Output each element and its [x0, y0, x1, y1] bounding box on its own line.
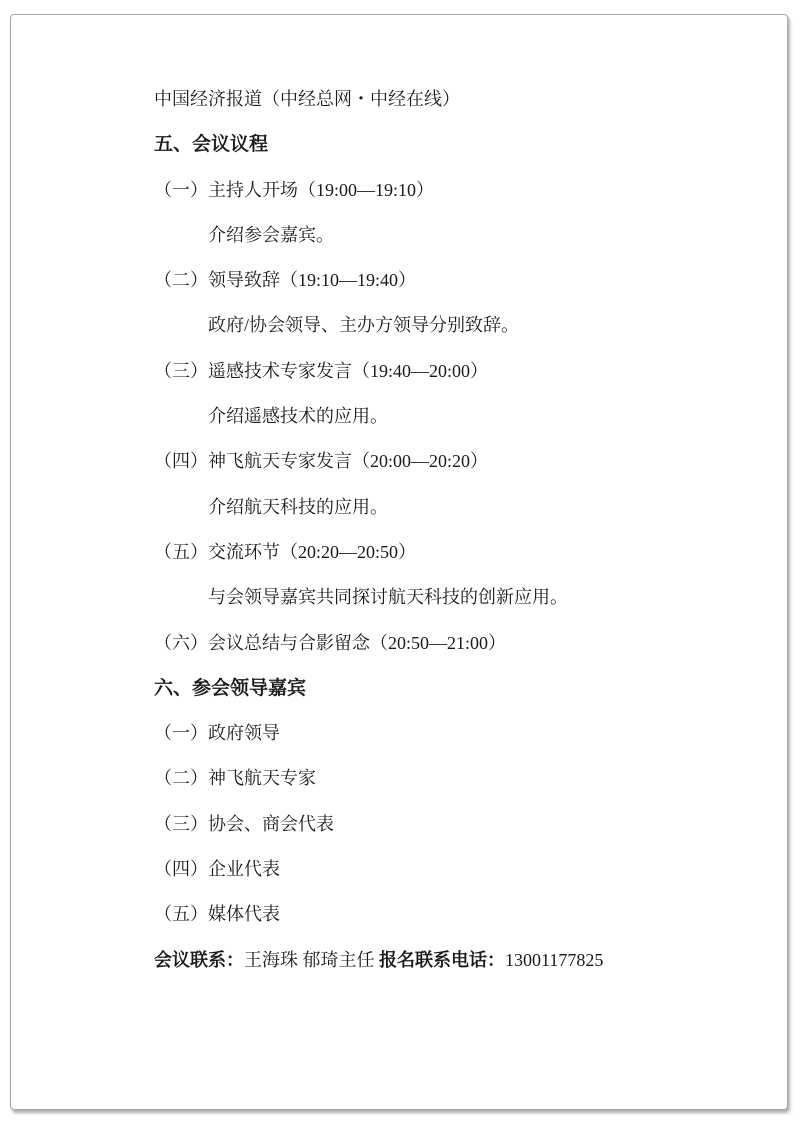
agenda-item-title: （三）遥感技术专家发言（19:40—20:00）: [154, 349, 757, 394]
agenda-item-detail: 介绍参会嘉宾。: [154, 213, 757, 258]
guest-item: （四）企业代表: [154, 847, 757, 892]
agenda-item-title: （六）会议总结与合影留念（20:50—21:00）: [154, 621, 757, 666]
media-support-line: 中国经济报道（中经总网・中经在线）: [154, 77, 757, 122]
document-page: 中国经济报道（中经总网・中经在线） 五、会议议程 （一）主持人开场（19:00—…: [10, 14, 788, 1110]
agenda-item-detail: 政府/协会领导、主办方领导分别致辞。: [154, 303, 757, 348]
phone-number: 13001177825: [505, 950, 603, 970]
agenda-item-title: （一）主持人开场（19:00—19:10）: [154, 168, 757, 213]
section-heading-agenda: 五、会议议程: [154, 122, 757, 167]
section-heading-guests: 六、参会领导嘉宾: [154, 666, 757, 711]
agenda-item-title: （二）领导致辞（19:10—19:40）: [154, 258, 757, 303]
agenda-item-title: （四）神飞航天专家发言（20:00—20:20）: [154, 439, 757, 484]
agenda-item-detail: 与会领导嘉宾共同探讨航天科技的创新应用。: [154, 575, 757, 620]
contact-line: 会议联系：王海珠 郁琦主任 报名联系电话：13001177825: [154, 938, 757, 983]
agenda-item-detail: 介绍航天科技的应用。: [154, 485, 757, 530]
agenda-item-detail: 介绍遥感技术的应用。: [154, 394, 757, 439]
agenda-item-title: （五）交流环节（20:20—20:50）: [154, 530, 757, 575]
guest-item: （二）神飞航天专家: [154, 756, 757, 801]
guest-item: （一）政府领导: [154, 711, 757, 756]
contact-label: 会议联系：: [154, 950, 244, 970]
contact-names: 王海珠 郁琦主任: [244, 950, 379, 970]
guest-item: （三）协会、商会代表: [154, 802, 757, 847]
phone-label: 报名联系电话：: [379, 950, 505, 970]
guest-item: （五）媒体代表: [154, 892, 757, 937]
